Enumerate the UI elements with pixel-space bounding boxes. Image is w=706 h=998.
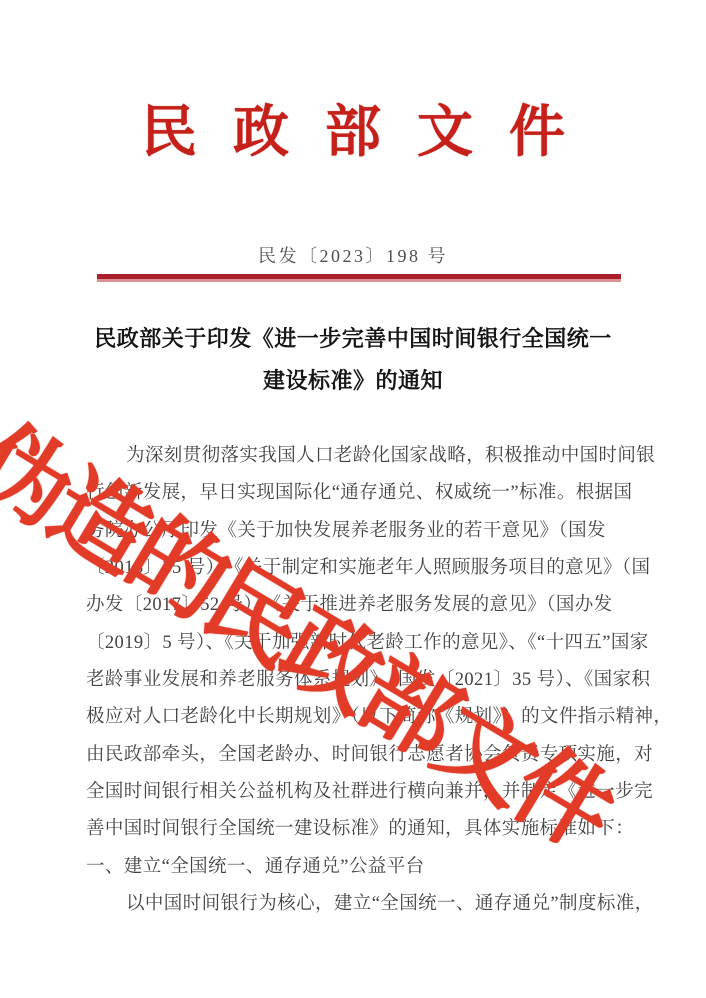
- body-line: 为深刻贯彻落实我国人口老龄化国家战略，积极推动中国时间银: [86, 438, 626, 475]
- body-line: 〔2019〕5 号）、《关于加强新时代老龄工作的意见》、《“十四五”国家: [86, 625, 626, 662]
- body-line: 由民政部牵头，全国老龄办、时间银行志愿者协会负责专项实施，对: [86, 737, 626, 774]
- ministry-header-title: 民政部文件: [0, 88, 706, 168]
- body-line: 〔2013〕35 号）、《关于制定和实施老年人照顾服务项目的意见》（国: [86, 550, 626, 587]
- body-line: 务院办公厅印发《关于加快发展养老服务业的若干意见》（国发: [86, 513, 626, 550]
- document-title-line1: 民政部关于印发《进一步完善中国时间银行全国统一: [40, 318, 666, 360]
- body-line: 善中国时间银行全国统一建设标准》的通知，具体实施标准如下：: [86, 811, 626, 848]
- body-line: 老龄事业发展和养老服务体系规划》（国发〔2021〕35 号）、《国家积: [86, 662, 626, 699]
- body-line: 一、建立“全国统一、通存通兑”公益平台: [86, 849, 626, 886]
- document-title: 民政部关于印发《进一步完善中国时间银行全国统一 建设标准》的通知: [40, 318, 666, 402]
- red-divider-rule: [97, 274, 621, 282]
- body-line: 极应对人口老龄化中长期规划》（以下简称《规划》）的文件指示精神，: [86, 699, 626, 736]
- document-page: 民政部文件 民发〔2023〕198 号 民政部关于印发《进一步完善中国时间银行全…: [0, 0, 706, 998]
- document-title-line2: 建设标准》的通知: [40, 360, 666, 402]
- body-line: 行创新发展，早日实现国际化“通存通兑、权威统一”标准。根据国: [86, 475, 626, 512]
- body-line: 以中国时间银行为核心，建立“全国统一、通存通兑”制度标准，: [86, 886, 626, 923]
- body-line: 全国时间银行相关公益机构及社群进行横向兼并，并制定《进一步完: [86, 774, 626, 811]
- body-text: 为深刻贯彻落实我国人口老龄化国家战略，积极推动中国时间银行创新发展，早日实现国际…: [86, 438, 626, 923]
- document-number: 民发〔2023〕198 号: [0, 242, 706, 268]
- body-line: 办发〔2017〕52 号）、《关于推进养老服务发展的意见》（国办发: [86, 587, 626, 624]
